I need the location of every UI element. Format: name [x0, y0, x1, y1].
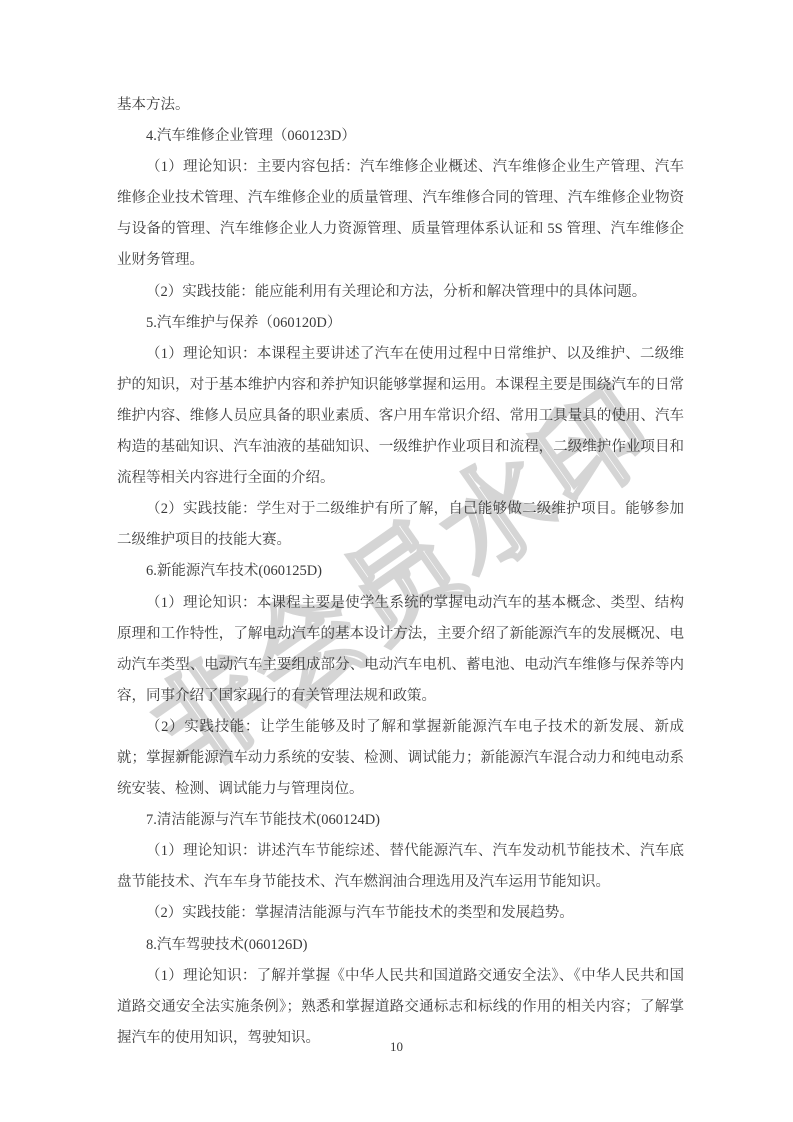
- document-body: 基本方法。4.汽车维修企业管理（060123D）（1）理论知识：主要内容包括：汽…: [117, 90, 684, 1054]
- paragraph: （2）实践技能：学生对于二级维护有所了解，自己能够做二级维护项目。能够参加二级维…: [117, 494, 684, 556]
- paragraph: 5.汽车维护与保养（060120D）: [117, 308, 684, 339]
- paragraph: （2）实践技能：让学生能够及时了解和掌握新能源汽车电子技术的新发展、新成就；掌握…: [117, 712, 684, 805]
- paragraph: （1）理论知识：本课程主要是使学生系统的掌握电动汽车的基本概念、类型、结构原理和…: [117, 588, 684, 712]
- paragraph: 6.新能源汽车技术(060125D): [117, 556, 684, 587]
- paragraph: 4.汽车维修企业管理（060123D）: [117, 121, 684, 152]
- paragraph: 7.清洁能源与汽车节能技术(060124D): [117, 805, 684, 836]
- page-number: 10: [0, 1038, 793, 1056]
- paragraph: （2）实践技能：能应能利用有关理论和方法，分析和解决管理中的具体问题。: [117, 277, 684, 308]
- paragraph: （1）理论知识：讲述汽车节能综述、替代能源汽车、汽车发动机节能技术、汽车底盘节能…: [117, 836, 684, 898]
- paragraph: （1）理论知识：本课程主要讲述了汽车在使用过程中日常维护、以及维护、二级维护的知…: [117, 339, 684, 494]
- paragraph: 基本方法。: [117, 90, 684, 121]
- document-page: 非会员水印 基本方法。4.汽车维修企业管理（060123D）（1）理论知识：主要…: [0, 0, 793, 1122]
- paragraph: 8.汽车驾驶技术(060126D): [117, 930, 684, 961]
- paragraph: （2）实践技能：掌握清洁能源与汽车节能技术的类型和发展趋势。: [117, 898, 684, 929]
- paragraph: （1）理论知识：主要内容包括：汽车维修企业概述、汽车维修企业生产管理、汽车维修企…: [117, 152, 684, 276]
